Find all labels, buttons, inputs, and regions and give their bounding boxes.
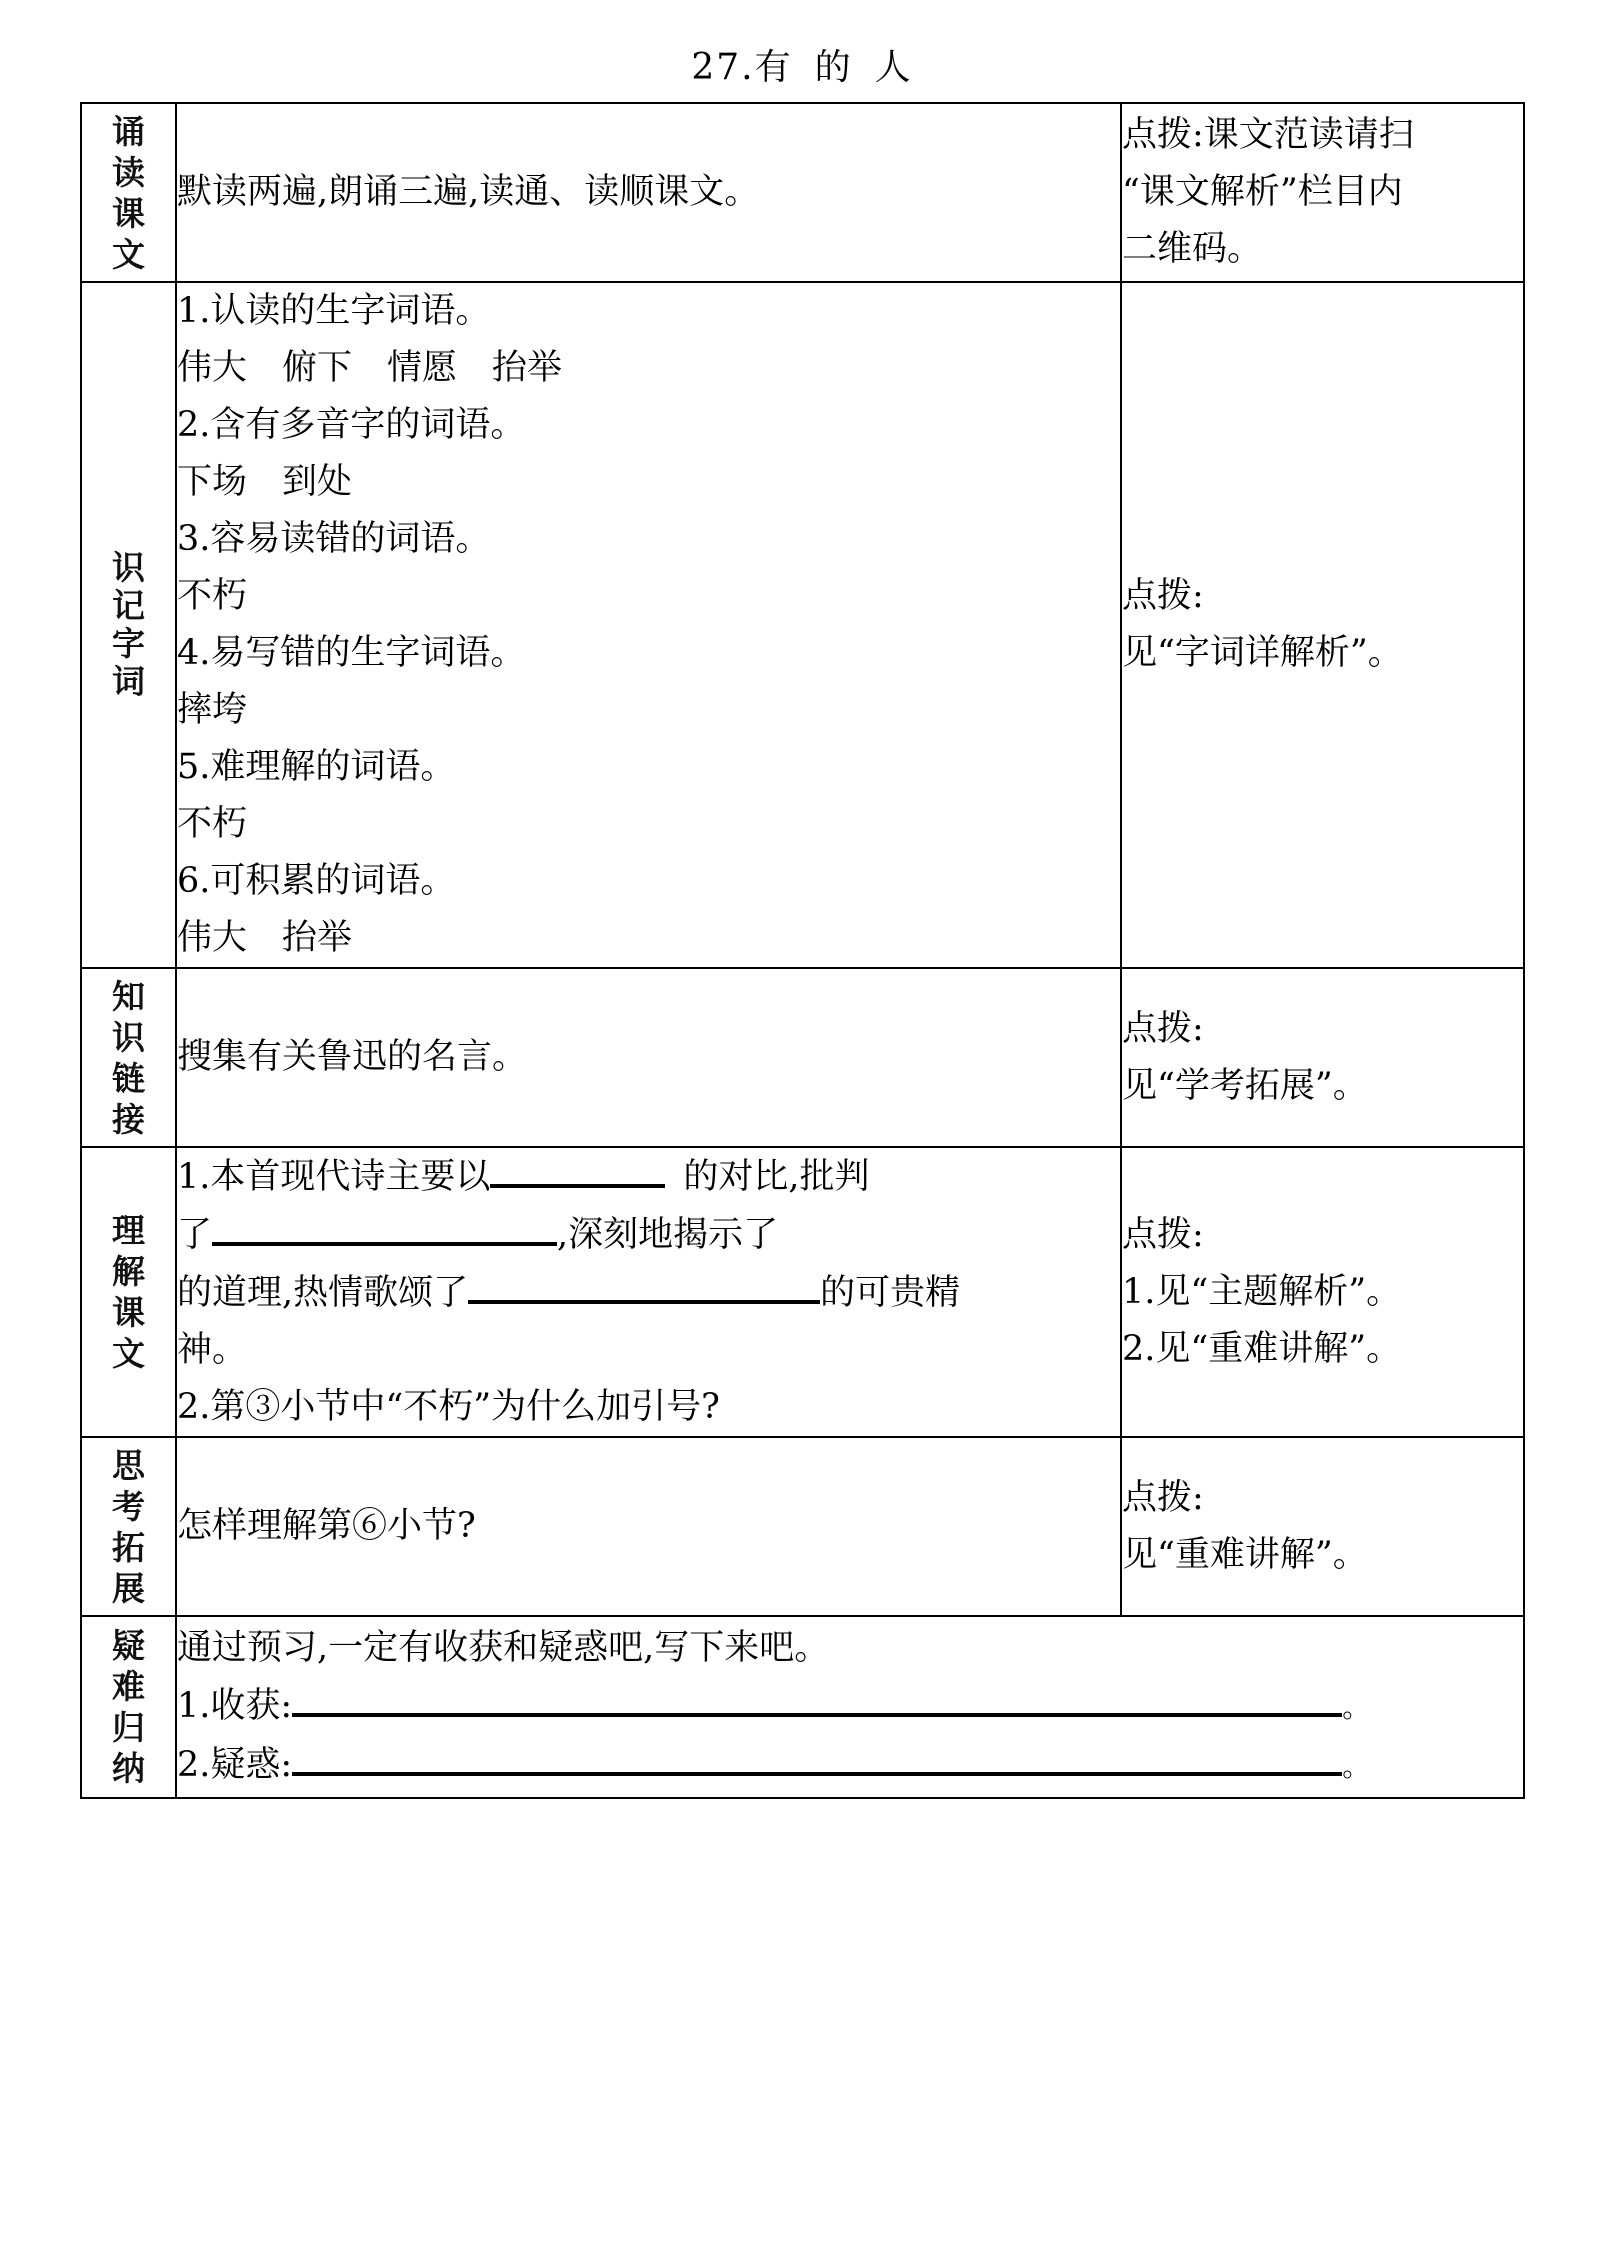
question-text: 的道理,热情歌颂了 [177,1273,468,1313]
section-label: 诵读课文 [81,103,176,282]
row-thinking-extension: 思考拓展 怎样理解第⑥小节? 点拨: 见“重难讲解”。 [81,1437,1524,1616]
question-text: ,深刻地揭示了 [557,1215,778,1255]
question-text: 2.第③小节中“不朽”为什么加引号? [177,1379,1120,1436]
question-text: 1.本首现代诗主要以 [177,1157,490,1197]
row-recite-text: 诵读课文 默读两遍,朗诵三遍,读通、读顺课文。 点拨:课文范读请扫 “课文解析”… [81,103,1524,282]
tip-line: 见“学考拓展”。 [1122,1058,1523,1115]
tip-cell: 点拨: 1.见“主题解析”。 2.见“重难讲解”。 [1121,1147,1524,1437]
tip-cell: 点拨:课文范读请扫 “课文解析”栏目内 二维码。 [1121,103,1524,282]
lesson-number: 27. [691,47,754,88]
vocab-words: 不朽 [177,796,1120,853]
fill-blank-3[interactable] [468,1264,820,1304]
vocab-heading: 4.易写错的生字词语。 [177,625,1120,682]
instruction-text: 搜集有关鲁迅的名言。 [177,1029,1120,1086]
title-char: 人 [875,47,913,88]
vocab-heading: 3.容易读错的词语。 [177,511,1120,568]
vocab-heading: 1.认读的生字词语。 [177,283,1120,340]
tip-line: 二维码。 [1122,221,1523,278]
row-understand-text: 理解课文 1.本首现代诗主要以的对比,批判 了,深刻地揭示了 的道理,热情歌颂了… [81,1147,1524,1437]
section-content: 1.认读的生字词语。 伟大 俯下 情愿 抬举 2.含有多音字的词语。 下场 到处… [176,282,1121,968]
gain-answer-line[interactable] [292,1677,1342,1717]
tip-line: 点拨:课文范读请扫 [1122,107,1523,164]
section-content: 1.本首现代诗主要以的对比,批判 了,深刻地揭示了 的道理,热情歌颂了的可贵精 … [176,1147,1121,1437]
question-text: 的对比,批判 [683,1157,869,1197]
question-text: 的可贵精 [820,1273,960,1313]
vocab-heading: 5.难理解的词语。 [177,739,1120,796]
page-title: 27.有的人 [0,44,1604,92]
tip-line: 2.见“重难讲解”。 [1122,1321,1523,1378]
preview-worksheet-table: 诵读课文 默读两遍,朗诵三遍,读通、读顺课文。 点拨:课文范读请扫 “课文解析”… [80,102,1525,1799]
vocab-words: 下场 到处 [177,454,1120,511]
vocab-words: 摔垮 [177,682,1120,739]
instruction-text: 通过预习,一定有收获和疑惑吧,写下来吧。 [177,1620,1523,1677]
vocab-heading: 2.含有多音字的词语。 [177,397,1120,454]
vocab-words: 伟大 抬举 [177,910,1120,967]
tip-line: “课文解析”栏目内 [1122,164,1523,221]
tip-line: 点拨: [1122,568,1523,625]
section-label: 识记字词 [81,282,176,968]
vocab-heading: 6.可积累的词语。 [177,853,1120,910]
fill-blank-2[interactable] [212,1206,557,1246]
section-content: 搜集有关鲁迅的名言。 [176,968,1121,1147]
gain-label: 1.收获: [177,1686,292,1726]
question-text: 了 [177,1215,212,1255]
row-knowledge-link: 知识链接 搜集有关鲁迅的名言。 点拨: 见“学考拓展”。 [81,968,1524,1147]
tip-line: 见“重难讲解”。 [1122,1527,1523,1584]
tip-cell: 点拨: 见“字词详解析”。 [1121,282,1524,968]
question-text: 神。 [177,1322,1120,1379]
section-content: 通过预习,一定有收获和疑惑吧,写下来吧。 1.收获:。 2.疑惑:。 [176,1616,1524,1798]
tip-cell: 点拨: 见“学考拓展”。 [1121,968,1524,1147]
vocab-words: 伟大 俯下 情愿 抬举 [177,340,1120,397]
tip-cell: 点拨: 见“重难讲解”。 [1121,1437,1524,1616]
tip-line: 1.见“主题解析”。 [1122,1264,1523,1321]
row-summary: 疑难归纳 通过预习,一定有收获和疑惑吧,写下来吧。 1.收获:。 2.疑惑:。 [81,1616,1524,1798]
doubt-answer-line[interactable] [292,1736,1342,1776]
instruction-text: 默读两遍,朗诵三遍,读通、读顺课文。 [177,164,1120,221]
section-content: 默读两遍,朗诵三遍,读通、读顺课文。 [176,103,1121,282]
section-label: 知识链接 [81,968,176,1147]
tip-line: 点拨: [1122,1470,1523,1527]
vocab-words: 不朽 [177,568,1120,625]
section-label: 思考拓展 [81,1437,176,1616]
title-char: 有 [755,47,793,88]
question-text: 怎样理解第⑥小节? [177,1498,1120,1555]
tip-line: 点拨: [1122,1207,1523,1264]
section-label: 疑难归纳 [81,1616,176,1798]
doubt-label: 2.疑惑: [177,1745,292,1785]
title-char: 的 [815,47,853,88]
tip-line: 点拨: [1122,1001,1523,1058]
section-content: 怎样理解第⑥小节? [176,1437,1121,1616]
section-label: 理解课文 [81,1147,176,1437]
tip-line: 见“字词详解析”。 [1122,625,1523,682]
fill-blank-1[interactable] [490,1148,665,1188]
row-vocabulary: 识记字词 1.认读的生字词语。 伟大 俯下 情愿 抬举 2.含有多音字的词语。 … [81,282,1524,968]
